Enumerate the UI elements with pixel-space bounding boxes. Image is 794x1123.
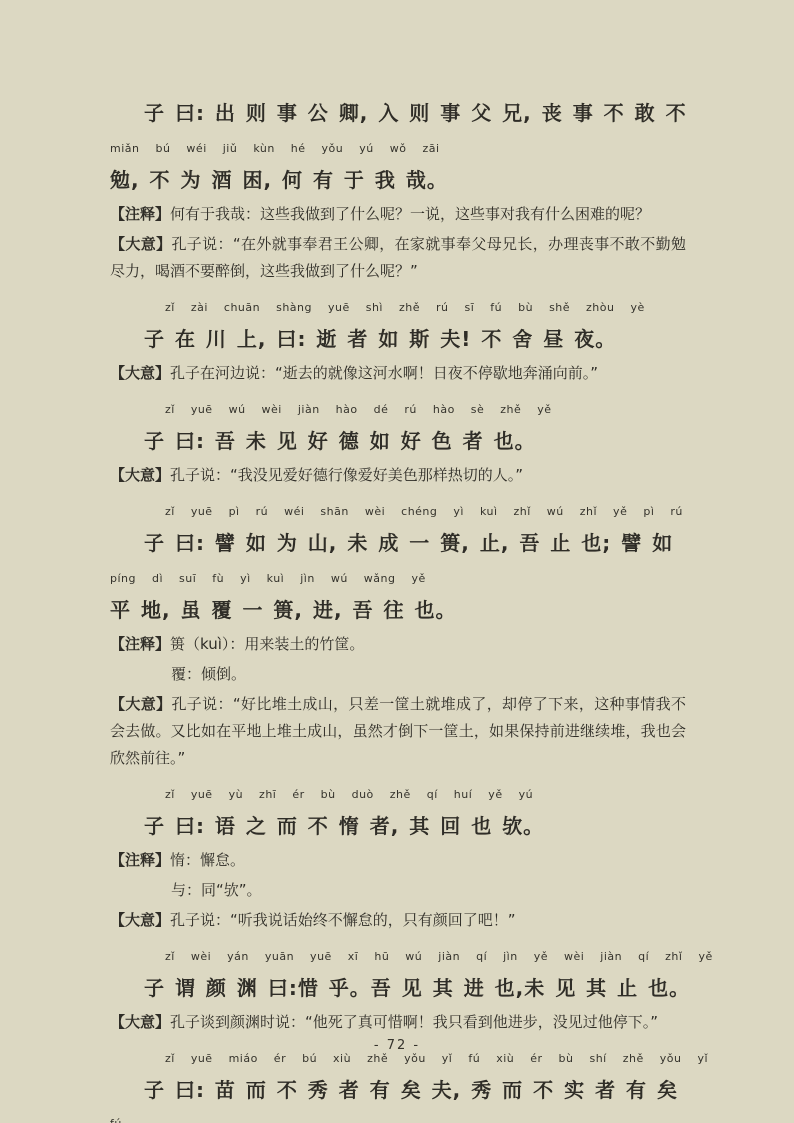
note-text: 篑（kuì）：用来装土的竹筐。 — [170, 635, 364, 653]
analects-text-line: 平 地, 虽 覆 一 篑, 进, 吾 往 也。 — [110, 597, 686, 623]
analects-text-line: 子 曰: 出 则 事 公 卿, 入 则 事 父 兄, 丧 事 不 敢 不 — [110, 100, 686, 126]
meaning-text: 孔子说：“好比堆土成山，只差一筐土就堆成了，却停了下来，这种事情我不会去做。又比… — [110, 695, 686, 767]
pinyin-line: zǐ wèi yán yuān yuē xī hū wú jiàn qí jìn… — [110, 949, 686, 964]
note-label: 【注释】 — [110, 205, 170, 223]
meaning-label: 【大意】 — [110, 695, 171, 713]
meaning-text: 孔子谈到颜渊时说：“他死了真可惜啊！我只看到他进步，没见过他停下。” — [170, 1013, 658, 1031]
pinyin-line: fú — [110, 1116, 686, 1123]
analects-text-line: 子 谓 颜 渊 曰:惜 乎。吾 见 其 进 也,未 见 其 止 也。 — [110, 975, 686, 1001]
analects-text-line: 子 曰: 譬 如 为 山, 未 成 一 篑, 止, 吾 止 也; 譬 如 — [110, 530, 686, 556]
meaning-label: 【大意】 — [110, 911, 170, 929]
meaning-text: 孔子在河边说：“逝去的就像这河水啊！日夜不停歇地奔涌向前。” — [170, 364, 598, 382]
annotation-meaning: 【大意】孔子说：“听我说话始终不懈怠的，只有颜回了吧！” — [110, 907, 686, 934]
analects-text-line: 子 曰: 苗 而 不 秀 者 有 矣 夫, 秀 而 不 实 者 有 矣 — [110, 1077, 686, 1103]
pinyin-line: zǐ yuē yù zhī ér bù duò zhě qí huí yě yú — [110, 787, 686, 802]
annotation-note: 【注释】篑（kuì）：用来装土的竹筐。 — [110, 631, 686, 658]
meaning-text: 孔子说：“在外就事奉君王公卿，在家就事奉父母兄长，办理丧事不敢不勤勉尽力，喝酒不… — [110, 235, 686, 280]
meaning-text: 孔子说：“听我说话始终不懈怠的，只有颜回了吧！” — [170, 911, 516, 929]
pinyin-line: miǎn bú wéi jiǔ kùn hé yǒu yú wǒ zāi — [110, 141, 686, 156]
meaning-label: 【大意】 — [110, 1013, 170, 1031]
note-label: 【注释】 — [110, 635, 170, 653]
pinyin-line: píng dì suī fù yì kuì jìn wú wǎng yě — [110, 571, 686, 586]
book-page: 子 曰: 出 则 事 公 卿, 入 则 事 父 兄, 丧 事 不 敢 不 miǎ… — [0, 0, 794, 1123]
analects-text-line: 子 曰: 语 之 而 不 惰 者, 其 回 也 欤。 — [110, 813, 686, 839]
annotation-meaning: 【大意】孔子在河边说：“逝去的就像这河水啊！日夜不停歇地奔涌向前。” — [110, 360, 686, 387]
note-text: 与：同“欤”。 — [171, 881, 262, 899]
note-text: 何有于我哉：这些我做到了什么呢？一说，这些事对我有什么困难的呢？ — [170, 205, 650, 223]
pinyin-line: zǐ yuē miáo ér bú xiù zhě yǒu yǐ fú xiù … — [110, 1051, 686, 1066]
pinyin-line: zǐ zài chuān shàng yuē shì zhě rú sī fú … — [110, 300, 686, 315]
annotation-note: 【注释】何有于我哉：这些我做到了什么呢？一说，这些事对我有什么困难的呢？ — [110, 201, 686, 228]
annotation-meaning: 【大意】孔子谈到颜渊时说：“他死了真可惜啊！我只看到他进步，没见过他停下。” — [110, 1009, 686, 1036]
note-text: 惰：懈怠。 — [170, 851, 245, 869]
annotation-meaning: 【大意】孔子说：“在外就事奉君王公卿，在家就事奉父母兄长，办理丧事不敢不勤勉尽力… — [110, 231, 686, 285]
meaning-label: 【大意】 — [110, 466, 170, 484]
annotation-note-continuation: 与：同“欤”。 — [110, 877, 686, 904]
annotation-meaning: 【大意】孔子说：“好比堆土成山，只差一筐土就堆成了，却停了下来，这种事情我不会去… — [110, 691, 686, 772]
analects-text-line: 子 曰: 吾 未 见 好 德 如 好 色 者 也。 — [110, 428, 686, 454]
annotation-note: 【注释】惰：懈怠。 — [110, 847, 686, 874]
note-text: 覆：倾倒。 — [171, 665, 246, 683]
pinyin-line: zǐ yuē wú wèi jiàn hào dé rú hào sè zhě … — [110, 402, 686, 417]
analects-text-line: 勉, 不 为 酒 困, 何 有 于 我 哉。 — [110, 167, 686, 193]
analects-text-line: 子 在 川 上, 曰: 逝 者 如 斯 夫! 不 舍 昼 夜。 — [110, 326, 686, 352]
meaning-text: 孔子说：“我没见爱好德行像爱好美色那样热切的人。” — [170, 466, 523, 484]
meaning-label: 【大意】 — [110, 364, 170, 382]
annotation-meaning: 【大意】孔子说：“我没见爱好德行像爱好美色那样热切的人。” — [110, 462, 686, 489]
note-label: 【注释】 — [110, 851, 170, 869]
meaning-label: 【大意】 — [110, 235, 171, 253]
pinyin-line: zǐ yuē pì rú wéi shān wèi chéng yì kuì z… — [110, 504, 686, 519]
annotation-note-continuation: 覆：倾倒。 — [110, 661, 686, 688]
page-number: - 72 - — [0, 1038, 794, 1053]
